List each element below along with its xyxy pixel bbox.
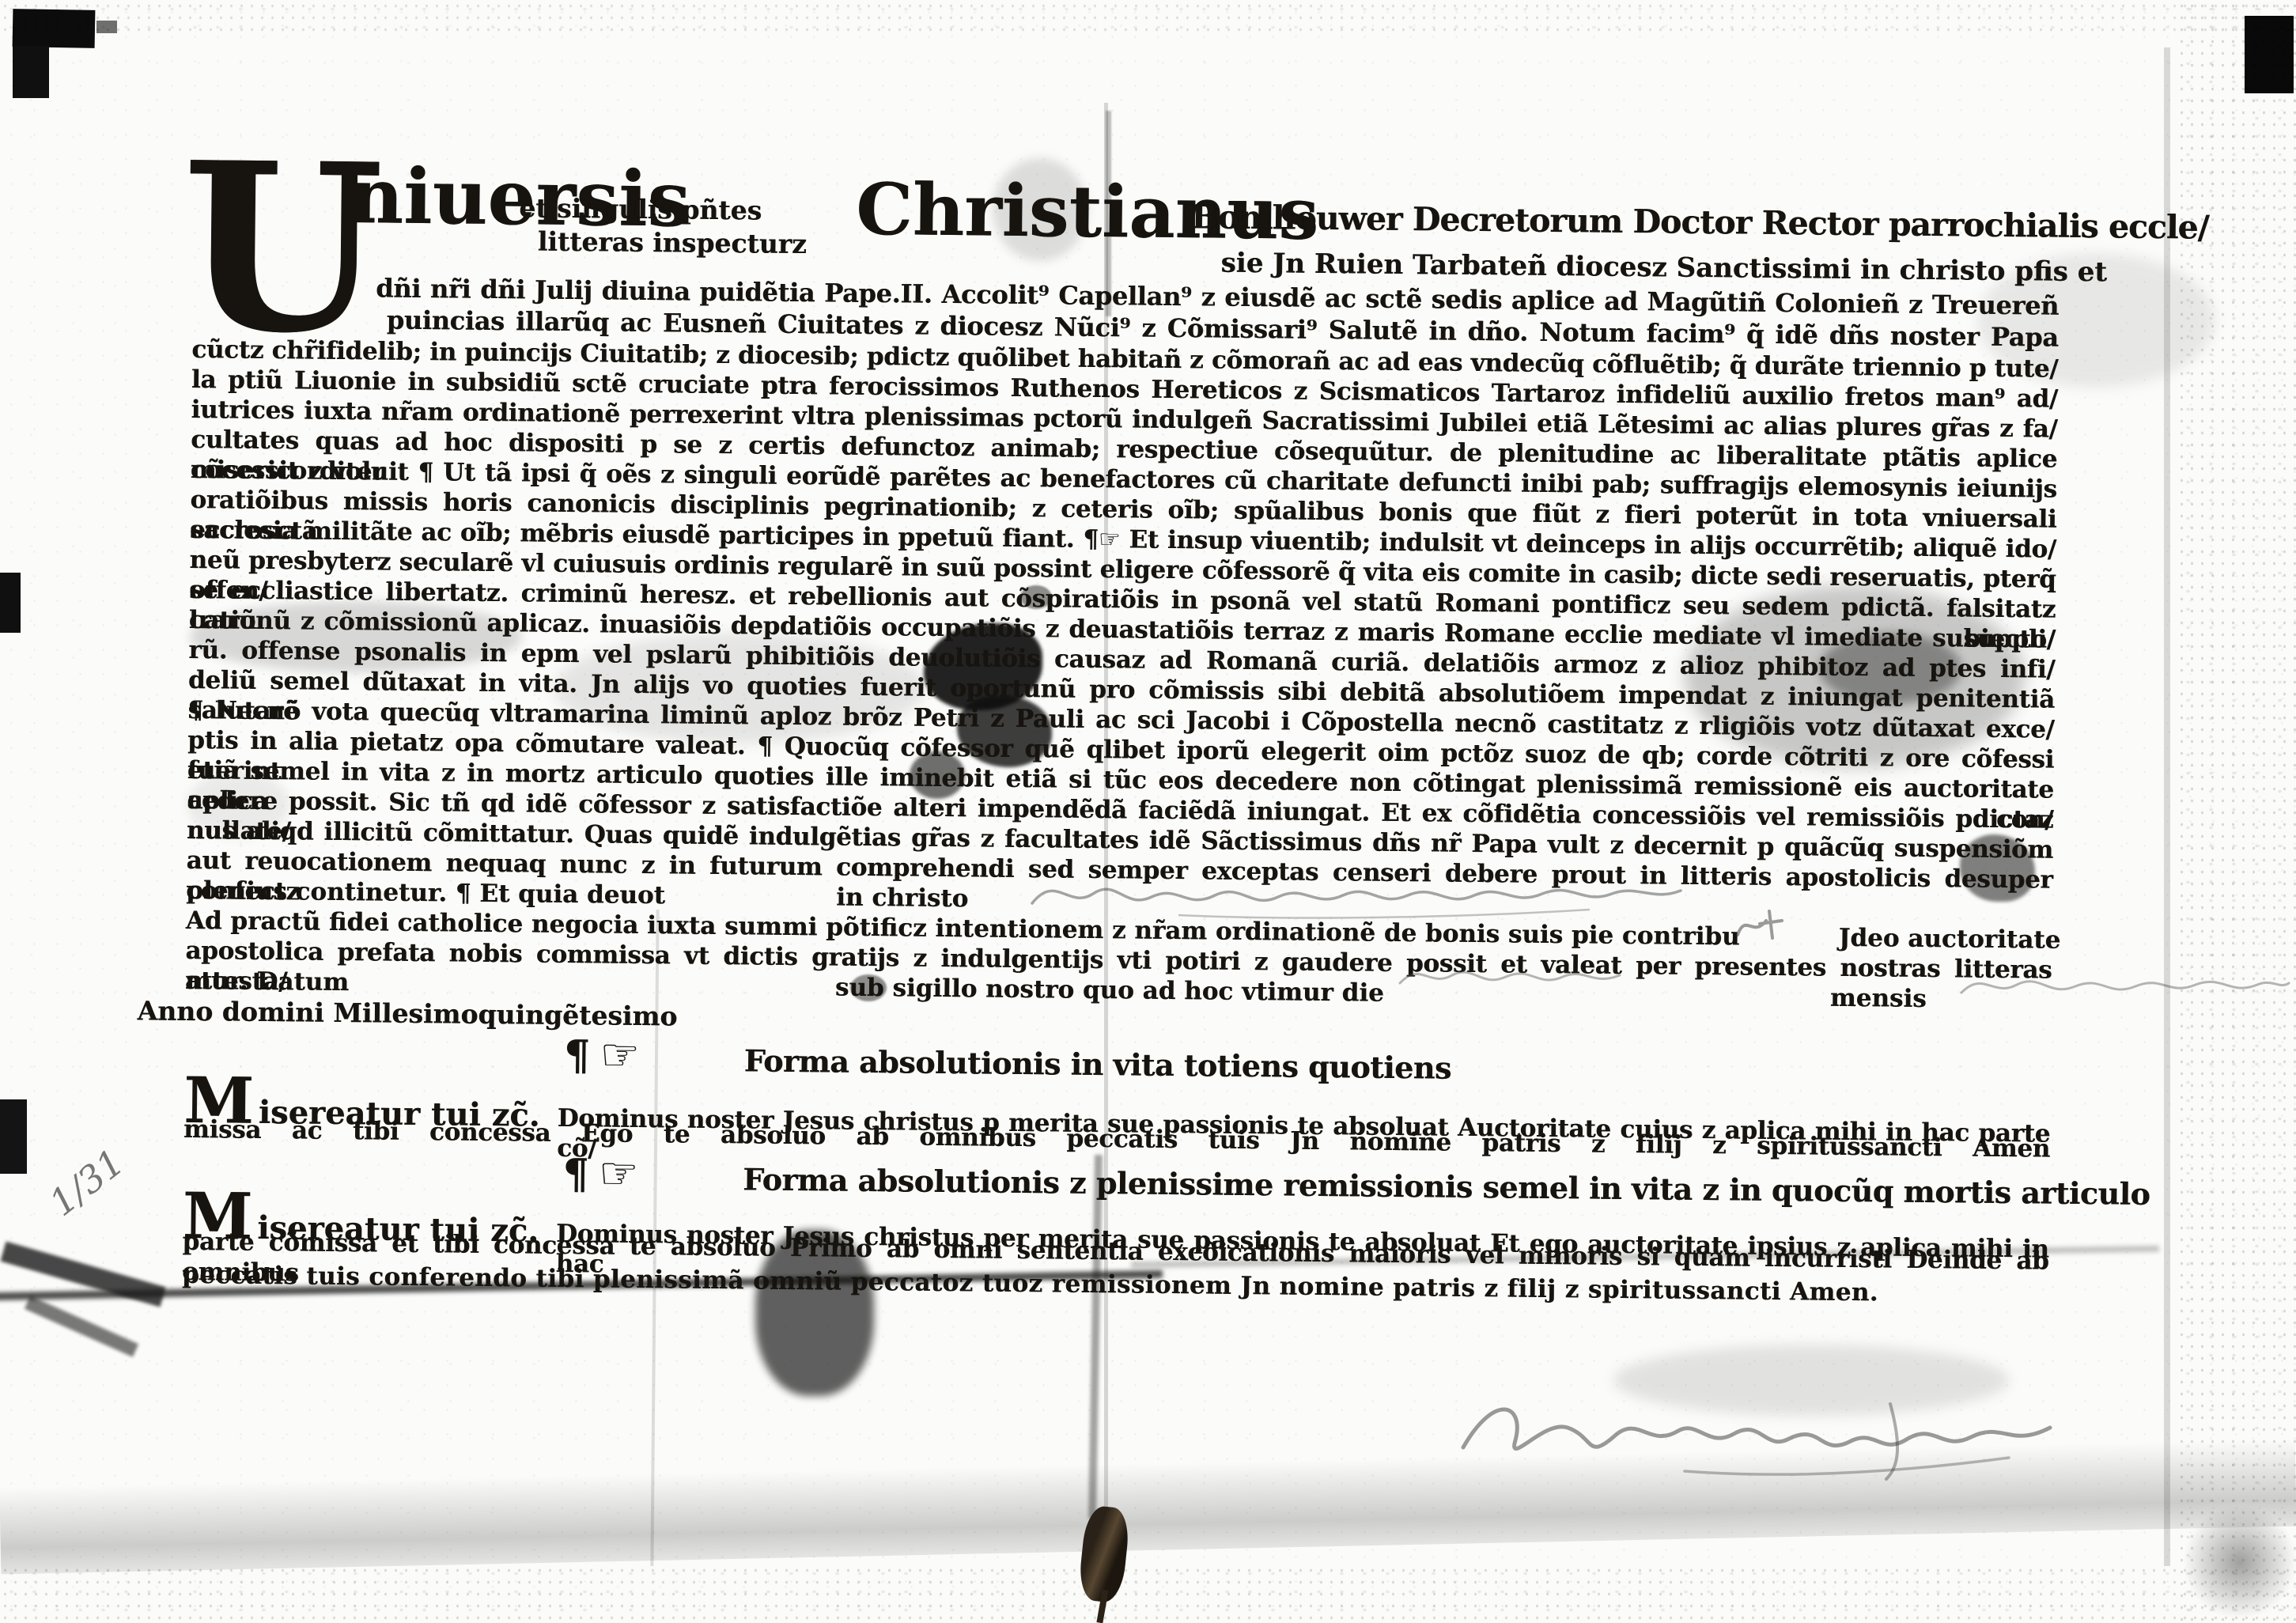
scan-mark	[96, 21, 117, 33]
mensis-label: mensis	[1830, 983, 1927, 1014]
heading-insert-line1: et singulis pñtes	[519, 192, 762, 226]
scan-mark	[2245, 16, 2294, 93]
seal-cord-thread	[1096, 1590, 1108, 1623]
heading-right-line1: Bomhouwer Decretorum Doctor Rector parro…	[1191, 198, 2209, 246]
stain	[1613, 1345, 2009, 1416]
manicule-icon: ☞	[600, 1029, 639, 1081]
heading-right-line2: sie Jn Ruien Tarbateñ diocesz Sanctissim…	[1220, 248, 2107, 289]
scan-mark	[13, 46, 49, 98]
forma1-heading: ¶ ☞ Forma absolutionis in vita totiens q…	[564, 1038, 1451, 1086]
scan-mark	[0, 1099, 27, 1174]
seal-cord	[1077, 1504, 1131, 1603]
printed-text-block: U niuersis et singulis pñtes litteras in…	[182, 154, 2060, 1337]
attestation-line1-left: plenius continetur. ¶ Et quia deuot	[186, 876, 665, 910]
corner-streak	[25, 1296, 138, 1356]
manicule-icon: ☞	[599, 1148, 638, 1200]
heading-insert-line2: litteras inspecturz	[538, 226, 807, 261]
scan-edge-texture	[0, 0, 2296, 33]
paper-edge-shadow	[2164, 47, 2170, 1566]
fold-shadow	[0, 1440, 2296, 1575]
anno-domini-line: Anno domini Millesimoquingẽtesimo	[137, 995, 677, 1031]
scan-edge-texture	[0, 1564, 2296, 1623]
corner-streak	[0, 1242, 165, 1307]
corner-blotch	[2184, 1503, 2295, 1621]
attestation-line2-right: Jdeo auctoritate	[1839, 923, 2061, 955]
margin-note: 1/31	[41, 1141, 132, 1224]
attestation-line1-mid: in christo	[836, 883, 968, 914]
datum-label: mur. Datum	[185, 966, 349, 997]
scanned-indulgence-document: 1/31 U niuersis et singulis pñtes litter…	[0, 0, 2296, 1623]
forma1-title: Forma absolutionis in vita totiens quoti…	[744, 1042, 1452, 1085]
handwritten-signature	[1447, 1372, 2080, 1491]
sub-sigillo-text: sub sigillo nostro quo ad hoc vtimur die	[835, 973, 1384, 1008]
scan-mark	[13, 9, 96, 48]
pilcrow-icon: ¶	[562, 1150, 588, 1198]
pilcrow-icon: ¶	[564, 1031, 590, 1080]
scan-mark	[0, 573, 21, 633]
